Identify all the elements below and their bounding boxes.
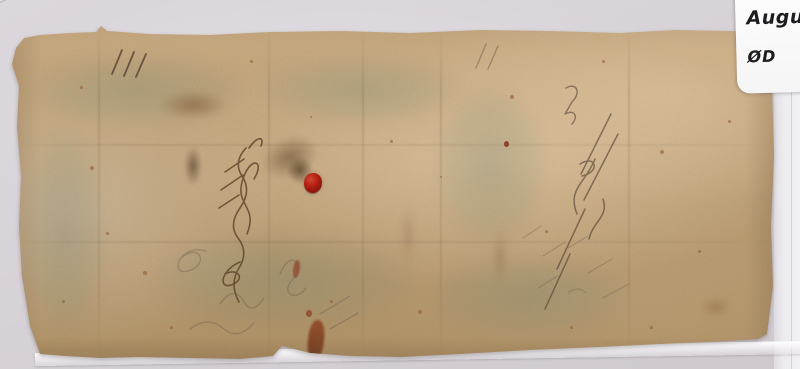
label-line-2: Augusta [746, 5, 800, 29]
dealer-label-card: 1800's Augusta ØD [735, 0, 800, 94]
banknote-back [10, 26, 776, 360]
label-line-3: ØD [747, 47, 776, 67]
edge-shading [10, 26, 776, 360]
backdrop-crease-line [0, 0, 91, 7]
label-line-1: 1800's [745, 0, 800, 1]
banknote-paper [10, 26, 776, 360]
photo-of-banknote-back: 1800's Augusta ØD [0, 0, 800, 369]
